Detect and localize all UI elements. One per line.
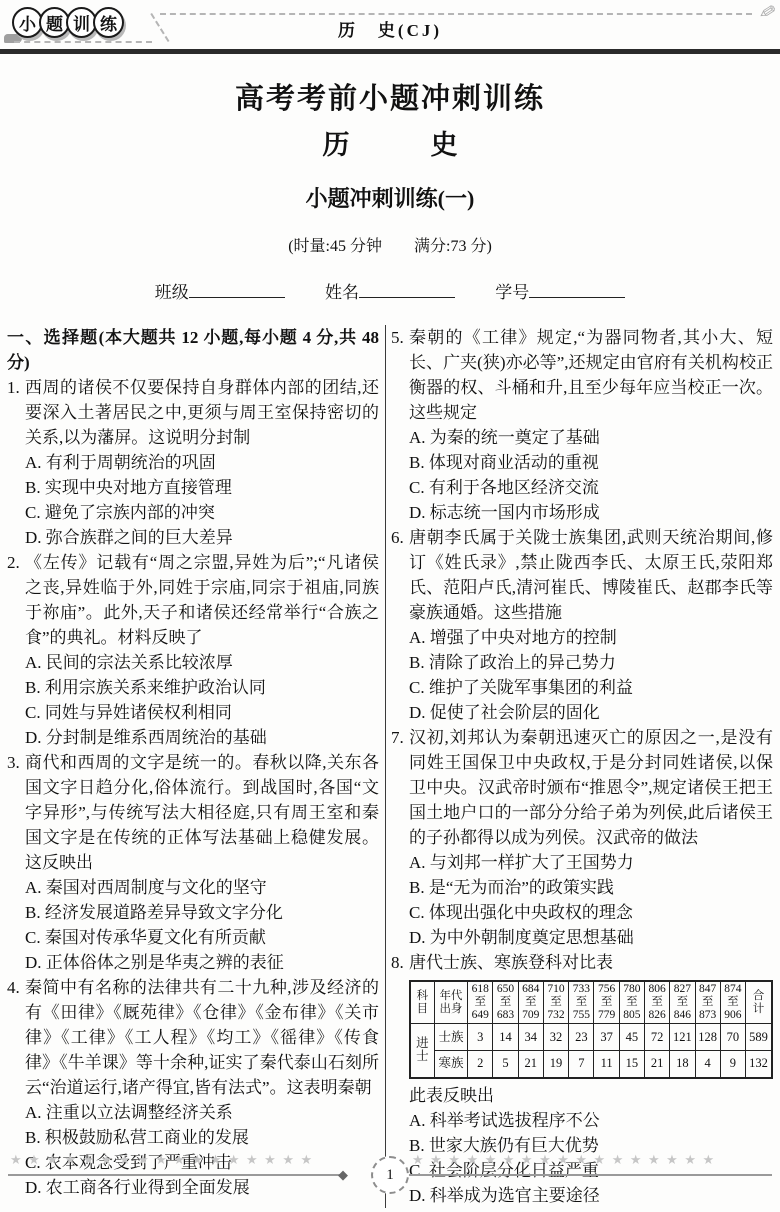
cell-origin: 士族: [434, 1024, 467, 1051]
cell-value: 121: [670, 1024, 695, 1051]
option: D. 标志统一国内市场形成: [409, 500, 773, 525]
option: C. 同姓与异姓诸侯权利相同: [25, 700, 379, 725]
section-heading: 一、选择题(本大题共 12 小题,每小题 4 分,共 48 分): [7, 325, 379, 375]
option: B. 体现对商业活动的重视: [409, 450, 773, 475]
header-period: 756 至 779: [594, 981, 619, 1024]
dashed-rule-top: [160, 13, 752, 15]
header-period: 618 至 649: [468, 981, 493, 1024]
header-period: 874 至 906: [720, 981, 745, 1024]
header-origin: 年代 出身: [434, 981, 467, 1024]
option: D. 弥合族群之间的巨大差异: [25, 525, 379, 550]
header-period: 710 至 732: [543, 981, 568, 1024]
id-label: 学号: [495, 283, 529, 302]
footer-stars-left: ★★★★★★★★★★★★★★★★★: [10, 1152, 340, 1168]
option: B. 是“无为而治”的政策实践: [409, 875, 773, 900]
question-number: 7.: [391, 725, 404, 750]
page-number-badge: 1: [371, 1156, 409, 1194]
id-field: 学号: [495, 283, 625, 302]
question-stem: 商代和西周的文字是统一的。春秋以降,关东各国文字日趋分化,俗体流行。到战国时,各…: [25, 753, 379, 872]
class-label: 班级: [155, 283, 189, 302]
option: A. 为秦的统一奠定了基础: [409, 425, 773, 450]
cell-origin: 寒族: [434, 1051, 467, 1078]
series-logo: 小 题 训 练: [16, 7, 124, 38]
option: D. 正体俗体之别是华夷之辨的表征: [25, 950, 379, 975]
option: A. 注重以立法调整经济关系: [25, 1100, 379, 1125]
option: A. 有利于周朝统治的巩固: [25, 450, 379, 475]
header-subject: 科 目: [410, 981, 434, 1024]
cell-value: 32: [543, 1024, 568, 1051]
option: D. 为中外朝制度奠定思想基础: [409, 925, 773, 950]
diamond-icon: ◆: [338, 1167, 348, 1183]
cell-value: 23: [569, 1024, 594, 1051]
option: A. 秦国对西周制度与文化的坚守: [25, 875, 379, 900]
question-stem: 唐代士族、寒族登科对比表: [409, 953, 613, 972]
cell-value: 5: [493, 1051, 518, 1078]
option: B. 实现中央对地方直接管理: [25, 475, 379, 500]
question-number: 8.: [391, 950, 404, 975]
question-3: 3. 商代和西周的文字是统一的。春秋以降,关东各国文字日趋分化,俗体流行。到战国…: [7, 750, 379, 975]
cell-value: 21: [518, 1051, 543, 1078]
cell-value: 14: [493, 1024, 518, 1051]
header-total: 合 计: [746, 981, 772, 1024]
name-field: 姓名: [325, 283, 455, 302]
question-stem: 汉初,刘邦认为秦朝迅速灭亡的原因之一,是没有同姓王国保卫中央政权,于是分封同姓诸…: [409, 728, 773, 847]
cell-value: 34: [518, 1024, 543, 1051]
option: C. 秦国对传承华夏文化有所贡献: [25, 925, 379, 950]
page-header: 小 题 训 练 历 史(CJ) ✎: [0, 0, 780, 46]
right-column: 5. 秦朝的《工律》规定,“为器同物者,其小大、短长、广夹(狭)亦必等”,还规定…: [391, 325, 773, 1208]
cell-value: 4: [695, 1051, 720, 1078]
question-stem: 秦简中有名称的法律共有二十九种,涉及经济的有《田律》《厩苑律》《仓律》《金布律》…: [25, 978, 379, 1097]
name-blank: [359, 281, 455, 298]
cell-value: 11: [594, 1051, 619, 1078]
cell-value: 3: [468, 1024, 493, 1051]
question-number: 5.: [391, 325, 404, 350]
question-number: 1.: [7, 375, 20, 400]
cell-value: 9: [720, 1051, 745, 1078]
cell-total: 132: [746, 1051, 772, 1078]
option: C. 维护了关陇军事集团的利益: [409, 675, 773, 700]
id-blank: [529, 281, 625, 298]
jinshi-comparison-table: 科 目 年代 出身 618 至 649 650 至 683 684 至 709 …: [409, 980, 773, 1079]
footer-stars-right: ★★★★★★★★★★★★★★★★★: [412, 1152, 772, 1168]
question-6: 6. 唐朝李氏属于关陇士族集团,武则天统治期间,修订《姓氏录》,禁止陇西李氏、太…: [391, 525, 773, 725]
option: A. 科举考试选拔程序不公: [409, 1108, 773, 1133]
cell-value: 72: [644, 1024, 669, 1051]
option: B. 清除了政治上的异己势力: [409, 650, 773, 675]
question-columns: 一、选择题(本大题共 12 小题,每小题 4 分,共 48 分) 1. 西周的诸…: [0, 325, 780, 1208]
left-column: 一、选择题(本大题共 12 小题,每小题 4 分,共 48 分) 1. 西周的诸…: [7, 325, 379, 1208]
footer-rule-right: [406, 1174, 772, 1176]
question-stem: 秦朝的《工律》规定,“为器同物者,其小大、短长、广夹(狭)亦必等”,还规定由官府…: [409, 328, 773, 422]
header-period: 806 至 826: [644, 981, 669, 1024]
option: D. 分封制是维系西周统治的基础: [25, 725, 379, 750]
section-label: 一、选择题: [7, 328, 99, 347]
set-title: 小题冲刺训练(一): [0, 182, 780, 213]
table-header-row: 科 目 年代 出身 618 至 649 650 至 683 684 至 709 …: [410, 981, 772, 1024]
time-score-meta: (时量:45 分钟 满分:73 分): [0, 233, 780, 256]
class-field: 班级: [155, 283, 285, 302]
option: B. 利用宗族关系来维护政治认同: [25, 675, 379, 700]
table-note: 此表反映出: [409, 1083, 773, 1108]
cell-value: 70: [720, 1024, 745, 1051]
header-period: 780 至 805: [619, 981, 644, 1024]
option: D. 促使了社会阶层的固化: [409, 700, 773, 725]
header-period: 847 至 873: [695, 981, 720, 1024]
question-1: 1. 西周的诸侯不仅要保持自身群体内部的团结,还要深入土著居民之中,更须与周王室…: [7, 375, 379, 550]
cell-value: 18: [670, 1051, 695, 1078]
header-period: 733 至 755: [569, 981, 594, 1024]
question-stem: 西周的诸侯不仅要保持自身群体内部的团结,还要深入土著居民之中,更须与周王室保持密…: [25, 378, 379, 447]
exam-page: 小 题 训 练 历 史(CJ) ✎ 高考考前小题冲刺训练 历 史 小题冲刺训练(…: [0, 0, 780, 1212]
question-number: 4.: [7, 975, 20, 1000]
question-number: 6.: [391, 525, 404, 550]
cell-value: 19: [543, 1051, 568, 1078]
cell-value: 2: [468, 1051, 493, 1078]
question-5: 5. 秦朝的《工律》规定,“为器同物者,其小大、短长、广夹(狭)亦必等”,还规定…: [391, 325, 773, 525]
footer-rule-left: [8, 1174, 344, 1176]
option: A. 增强了中央对地方的控制: [409, 625, 773, 650]
page-footer: ★★★★★★★★★★★★★★★★★ ★★★★★★★★★★★★★★★★★ ◆ ◆ …: [0, 1152, 780, 1200]
option: A. 与刘邦一样扩大了王国势力: [409, 850, 773, 875]
header-period: 827 至 846: [670, 981, 695, 1024]
dashed-rule-bottom: [14, 41, 152, 43]
main-title: 高考考前小题冲刺训练: [0, 76, 780, 117]
question-number: 3.: [7, 750, 20, 775]
cell-value: 128: [695, 1024, 720, 1051]
cell-value: 37: [594, 1024, 619, 1051]
question-2: 2. 《左传》记载有“周之宗盟,异姓为后”;“凡诸侯之丧,异姓临于外,同姓于宗庙…: [7, 550, 379, 750]
class-blank: [189, 281, 285, 298]
column-divider: [385, 325, 386, 1208]
name-label: 姓名: [325, 283, 359, 302]
cell-total: 589: [746, 1024, 772, 1051]
student-info-row: 班级 姓名 学号: [0, 278, 780, 303]
cell-subject: 进 士: [410, 1024, 434, 1078]
cell-value: 7: [569, 1051, 594, 1078]
logo-char: 练: [93, 7, 124, 38]
header-period: 650 至 683: [493, 981, 518, 1024]
table-row-shizu: 进 士 士族 3 14 34 32 23 37 45 72 121 128 70…: [410, 1024, 772, 1051]
option: C. 有利于各地区经济交流: [409, 475, 773, 500]
question-stem: 《左传》记载有“周之宗盟,异姓为后”;“凡诸侯之丧,异姓临于外,同姓于宗庙,同宗…: [25, 553, 379, 647]
question-number: 2.: [7, 550, 20, 575]
cell-value: 45: [619, 1024, 644, 1051]
option: C. 体现出强化中央政权的理念: [409, 900, 773, 925]
option: B. 经济发展道路差异导致文字分化: [25, 900, 379, 925]
question-7: 7. 汉初,刘邦认为秦朝迅速灭亡的原因之一,是没有同姓王国保卫中央政权,于是分封…: [391, 725, 773, 950]
option: A. 民间的宗法关系比较浓厚: [25, 650, 379, 675]
double-rule: [0, 49, 780, 54]
option: C. 避免了宗族内部的冲突: [25, 500, 379, 525]
cell-value: 21: [644, 1051, 669, 1078]
table-row-hanzu: 寒族 2 5 21 19 7 11 15 21 18 4 9 132: [410, 1051, 772, 1078]
subject-title: 历 史: [0, 123, 780, 162]
question-stem: 唐朝李氏属于关陇士族集团,武则天统治期间,修订《姓氏录》,禁止陇西李氏、太原王氏…: [409, 528, 773, 622]
option: B. 积极鼓励私营工商业的发展: [25, 1125, 379, 1150]
header-period: 684 至 709: [518, 981, 543, 1024]
cell-value: 15: [619, 1051, 644, 1078]
